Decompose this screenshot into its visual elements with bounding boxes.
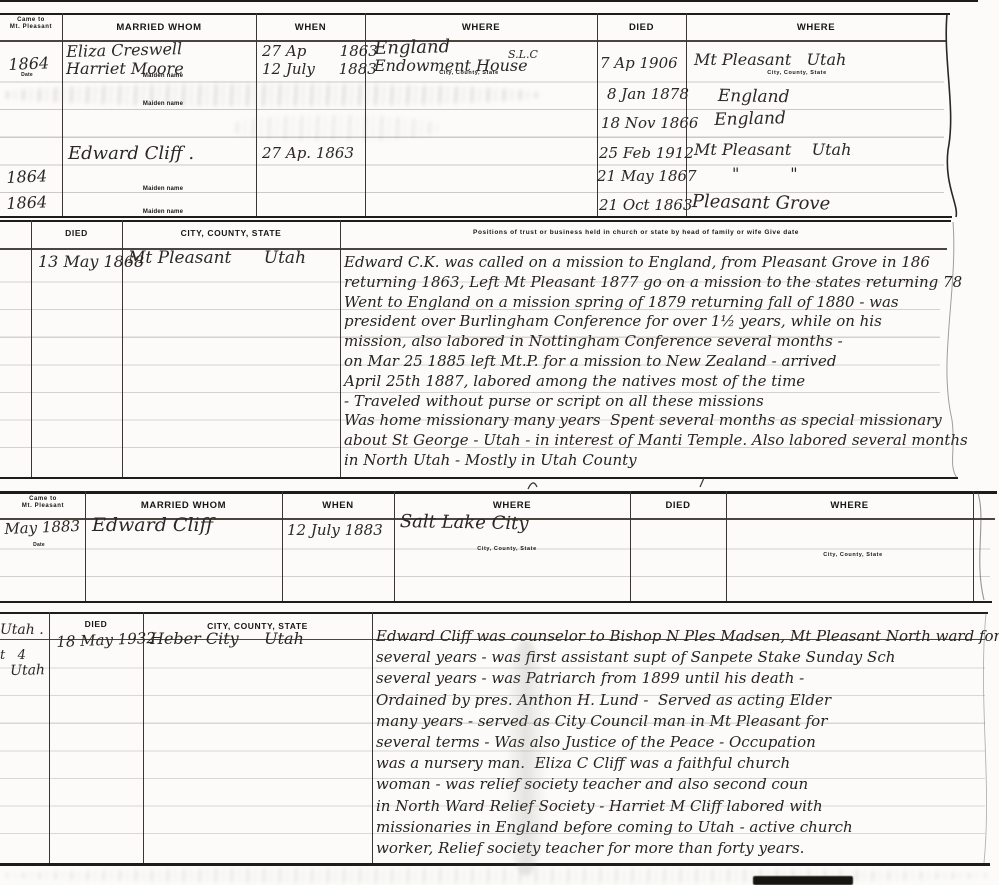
- hw-died-where-4: Mt Pleasant Utah: [694, 140, 851, 159]
- hw-died-where-1: Mt Pleasant Utah: [694, 50, 846, 69]
- hw-husband-name: Edward Cliff .: [68, 143, 194, 164]
- col-header-came-to-2: Came to Mt. Pleasant: [10, 496, 76, 510]
- hw-came-date-2: May 1883: [4, 517, 80, 538]
- bio-line: Went to England on a mission spring of 1…: [344, 293, 956, 313]
- rule-h: [0, 220, 951, 222]
- col-header-where-3: WHERE: [394, 500, 630, 511]
- table-vline: [256, 13, 257, 216]
- hw-came-year-2: 1864: [6, 166, 47, 187]
- col-header-married-whom: MARRIED WHOM: [62, 22, 256, 33]
- next-form-header-fragment: [753, 876, 853, 885]
- hw-died-place-head: Mt Pleasant Utah: [128, 248, 306, 268]
- col-header-when: WHEN: [256, 22, 365, 33]
- col-header-where: WHERE: [365, 22, 597, 33]
- bio-line: Ordained by pres. Anthon H. Lund - Serve…: [376, 690, 976, 711]
- bio-line: several years - was Patriarch from 1899 …: [376, 668, 976, 689]
- hw-margin-fragment-3: Utah: [10, 662, 45, 679]
- hw-died-where-2: England: [718, 86, 790, 107]
- bio-line: missionaries in England before coming to…: [376, 817, 976, 838]
- bio-line: president over Burlingham Conference for…: [344, 312, 956, 332]
- hw-died-date-2: 8 Jan 1878: [607, 85, 689, 103]
- hw-margin-fragment-1: Utah .: [0, 622, 44, 638]
- bio-line: many years - served as City Council man …: [376, 711, 976, 732]
- table-vline: [372, 612, 373, 863]
- hw-died-date-5: 21 May 1867: [597, 167, 697, 185]
- bio-line: on Mar 25 1885 left Mt.P. for a mission …: [344, 352, 956, 372]
- bio-line: returning 1863, Left Mt Pleasant 1877 go…: [344, 273, 956, 293]
- col-header-died-2: DIED: [31, 228, 122, 238]
- biography-paragraph-2: Edward Cliff was counselor to Bishop N P…: [376, 626, 976, 859]
- rule-h: [0, 477, 958, 479]
- hw-husband-name-2: Edward Cliff: [92, 514, 213, 536]
- rule-h: [0, 0, 978, 2]
- hw-wife2-name: Harriet Moore: [66, 59, 184, 78]
- bio-line: worker, Relief society teacher for more …: [376, 838, 976, 859]
- hw-wife1-name: Eliza Creswell: [66, 39, 182, 61]
- hw-margin-fragment-2: t 4: [0, 648, 26, 663]
- ink-smudge: [230, 115, 440, 141]
- hw-died-date-4: 25 Feb 1912: [599, 144, 694, 162]
- rule-h: [0, 601, 992, 603]
- bio-line: several years - was first assistant supt…: [376, 647, 976, 668]
- hw-died-where-6: Pleasant Grove: [692, 191, 831, 214]
- city-county-state-label: City, County, State: [752, 70, 842, 76]
- hw-died-place-bottom: Heber City Utah: [150, 629, 304, 648]
- hw-wife2-where: Endowment House: [374, 56, 528, 75]
- bio-line: - Traveled without purse or script on al…: [344, 392, 956, 412]
- rule-h: [0, 216, 952, 218]
- rule-h: [0, 13, 950, 15]
- hw-died-date-1: 7 Ap 1906: [600, 54, 678, 72]
- date-label: Date: [24, 542, 54, 548]
- table-vline: [31, 220, 32, 477]
- hw-wife2-when: 12 July 1883: [262, 60, 377, 78]
- hw-died-where-3: England: [714, 108, 786, 130]
- col-header-married-whom-2: MARRIED WHOM: [85, 500, 282, 511]
- bio-line: Edward C.K. was called on a mission to E…: [344, 253, 956, 273]
- rule-h: [0, 491, 997, 494]
- ink-smudge: [0, 84, 540, 106]
- rule-h: [0, 612, 988, 614]
- fold-smudge: [505, 640, 547, 875]
- biography-paragraph-1: Edward C.K. was called on a mission to E…: [344, 253, 956, 471]
- maiden-name-label: Maiden name: [132, 209, 194, 215]
- table-vline: [49, 612, 50, 863]
- bio-line: in North Utah - Mostly in Utah County: [344, 451, 956, 471]
- hw-came-year-1: 1864: [8, 53, 49, 74]
- rule-h: [0, 863, 990, 866]
- table-vline: [597, 13, 598, 216]
- col-header-where-4: WHERE: [726, 500, 973, 511]
- hw-when-2: 12 July 1883: [287, 521, 383, 539]
- bio-line: April 25th 1887, labored among the nativ…: [344, 372, 956, 392]
- maiden-name-label: Maiden name: [132, 186, 194, 192]
- city-county-state-label: City, County, State: [462, 546, 552, 552]
- col-header-died-4: DIED: [49, 619, 143, 629]
- hw-wife2-where-sup: S.L.C: [508, 48, 538, 61]
- col-header-when-2: WHEN: [282, 500, 394, 511]
- hw-died-date-3: 18 Nov 1866: [601, 114, 698, 132]
- hw-died-date-bottom: 18 May 1932: [56, 629, 156, 651]
- table-vline: [143, 612, 144, 863]
- bio-line: about St George - Utah - in interest of …: [344, 431, 956, 451]
- col-header-died: DIED: [597, 22, 686, 33]
- col-header-positions: Positions of trust or business held in c…: [340, 229, 932, 236]
- bio-line: several terms - Was also Justice of the …: [376, 732, 976, 753]
- table-vline: [340, 220, 341, 477]
- hw-husband-when: 27 Ap. 1863: [262, 144, 354, 162]
- city-county-state-label: City, County, State: [808, 552, 898, 558]
- hw-died-where-5-ditto: " ": [732, 164, 798, 183]
- hw-where-2: Salt Lake City: [400, 511, 529, 534]
- scanned-record-page: Came to Mt. Pleasant MARRIED WHOM WHEN W…: [0, 0, 999, 885]
- bio-line: Was home missionary many years Spent sev…: [344, 411, 956, 431]
- col-header-came-to: Came to Mt. Pleasant: [2, 17, 60, 31]
- hw-came-year-3: 1864: [6, 192, 47, 213]
- bio-line: woman - was relief society teacher and a…: [376, 774, 976, 795]
- table-vline: [973, 491, 974, 601]
- col-header-where2: WHERE: [686, 22, 946, 33]
- bio-line: was a nursery man. Eliza C Cliff was a f…: [376, 753, 976, 774]
- hw-died-date-6: 21 Oct 1863: [599, 196, 693, 214]
- hw-wife1-when: 27 Ap 1863: [262, 42, 378, 60]
- col-header-city-county-state-2: CITY, COUNTY, STATE: [122, 228, 340, 238]
- bio-line: in North Ward Relief Society - Harriet M…: [376, 796, 976, 817]
- bio-line: mission, also labored in Nottingham Conf…: [344, 332, 956, 352]
- table-vline: [62, 13, 63, 216]
- col-header-died-3: DIED: [630, 500, 726, 511]
- bio-line: Edward Cliff was counselor to Bishop N P…: [376, 626, 976, 647]
